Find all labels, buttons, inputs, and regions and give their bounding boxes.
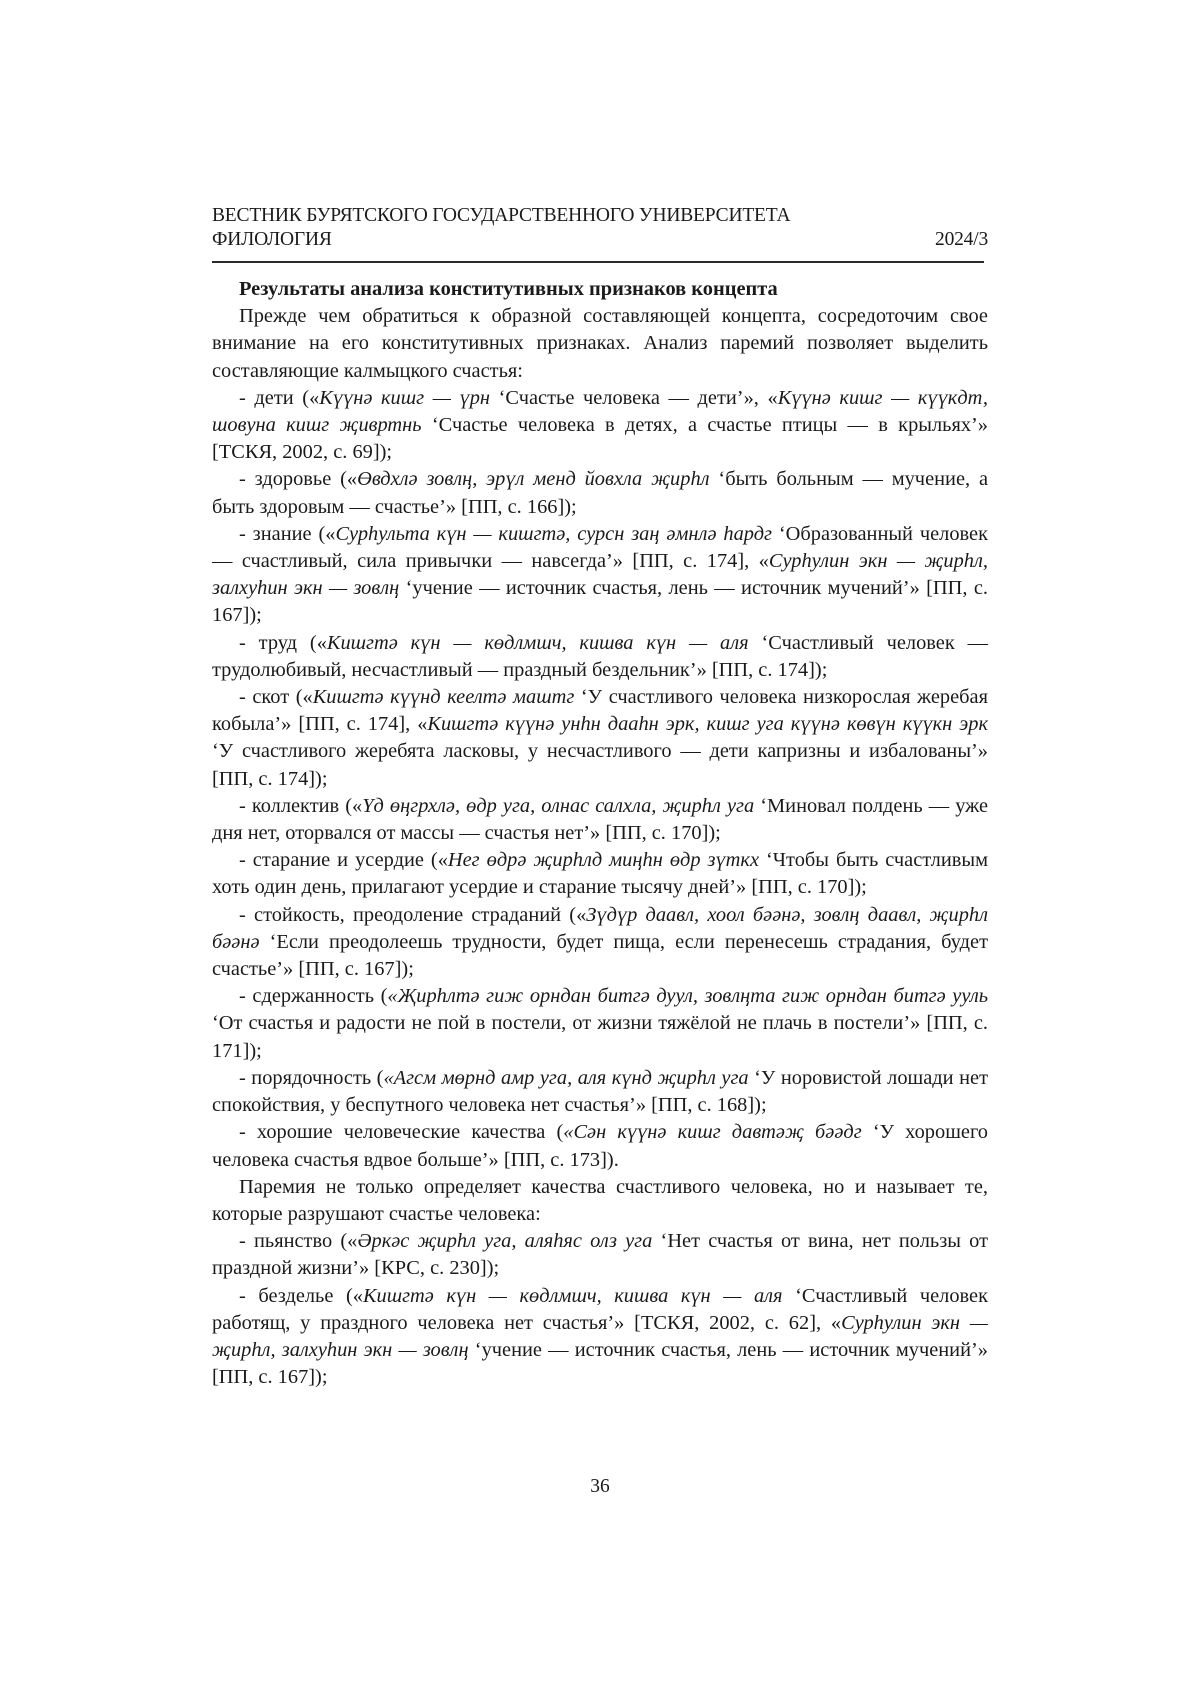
paragraph: - порядочность («Агсм мөрнд амр уга, аля… (212, 1065, 988, 1119)
kalmyk-proverb: Кишгтә күүнә унһн дааһн эрк, кишг уга кү… (427, 713, 988, 735)
kalmyk-proverb: Кишгтә күн — көдлмшч, кишва күн — аля (363, 1285, 783, 1307)
header-second-line: ФИЛОЛОГИЯ 2024/3 (212, 228, 988, 252)
kalmyk-proverb: Өвдхлә зовлң, эрүл менд йовхла җирһл (357, 468, 709, 490)
paragraph-text: - труд (« (239, 632, 327, 654)
paragraph-list: Прежде чем обратиться к образной составл… (212, 303, 988, 1391)
paragraph-text: ‘У счастливого жеребята ласковы, у несча… (212, 740, 988, 789)
header-rule (212, 261, 984, 263)
paragraph-text: - старание и усердие (« (239, 849, 448, 871)
paragraph: - безделье («Кишгтә күн — көдлмшч, кишва… (212, 1283, 988, 1392)
kalmyk-proverb: «Җирһлтә гиж орндан битгә дуул, зовлңта … (387, 985, 988, 1007)
paragraph: - пьянство («Әркәс җирһл уга, аляһяс олз… (212, 1228, 988, 1282)
paragraph: - здоровье («Өвдхлә зовлң, эрүл менд йов… (212, 466, 988, 520)
paragraph: - хорошие человеческие качества («Сән кү… (212, 1119, 988, 1173)
paragraph-text: Прежде чем обратиться к образной составл… (212, 305, 988, 381)
paragraph-text: - порядочность ( (239, 1067, 383, 1089)
paragraph-text: - хорошие человеческие качества ( (239, 1121, 563, 1143)
kalmyk-proverb: Күүнә кишг — үрн (319, 387, 490, 409)
paragraph-text: - здоровье (« (239, 468, 357, 490)
kalmyk-proverb: «Агсм мөрнд амр уга, аля күнд җирһл уга (383, 1067, 748, 1089)
kalmyk-proverb: Нег өдрә җирһлд миңһн өдр зүткх (448, 849, 759, 871)
paragraph: - старание и усердие («Нег өдрә җирһлд м… (212, 847, 988, 901)
kalmyk-proverb: Кишгтә күүнд кеелтә маштг (313, 686, 575, 708)
paragraph: Прежде чем обратиться к образной составл… (212, 303, 988, 385)
paragraph: - дети («Күүнә кишг — үрн ‘Счастье челов… (212, 385, 988, 467)
paragraph-text: ‘Счастье человека — дети’», « (490, 387, 778, 409)
paragraph-text: - знание (« (239, 523, 335, 545)
paragraph: - труд («Кишгтә күн — көдлмшч, кишва күн… (212, 630, 988, 684)
paragraph-text: ‘Если преодолеешь трудности, будет пища,… (212, 931, 988, 980)
page-number: 36 (0, 1476, 1200, 1498)
journal-title: ВЕСТНИК БУРЯТСКОГО ГОСУДАРСТВЕННОГО УНИВ… (212, 204, 988, 228)
kalmyk-proverb: Әркәс җирһл уга, аляһяс олз уга (357, 1230, 652, 1252)
paragraph-text: ‘От счастья и радости не пой в постели, … (212, 1012, 988, 1061)
paragraph: - коллектив («Үд өңгрхлә, өдр уга, олнас… (212, 793, 988, 847)
running-header: ВЕСТНИК БУРЯТСКОГО ГОСУДАРСТВЕННОГО УНИВ… (212, 204, 988, 252)
paragraph-text: - стойкость, преодоление страданий (« (239, 904, 586, 926)
paragraph-text: - коллектив (« (239, 795, 362, 817)
paragraph: - скот («Кишгтә күүнд кеелтә маштг ‘У сч… (212, 684, 988, 793)
paragraph: - сдержанность («Җирһлтә гиж орндан битг… (212, 983, 988, 1065)
paragraph-text: - скот (« (239, 686, 313, 708)
kalmyk-proverb: Сурһульта күн — кишгтә, сурсн заң әмнлә … (335, 523, 772, 545)
paragraph-text: - пьянство (« (239, 1230, 357, 1252)
document-page: ВЕСТНИК БУРЯТСКОГО ГОСУДАРСТВЕННОГО УНИВ… (0, 0, 1200, 1697)
paragraph: - знание («Сурһульта күн — кишгтә, сурсн… (212, 521, 988, 630)
article-body: Результаты анализа конститутивных призна… (212, 276, 988, 1391)
issue-number: 2024/3 (935, 228, 988, 252)
kalmyk-proverb: «Сән күүнә кишг давтәҗ бәәдг (563, 1121, 861, 1143)
paragraph-text: - безделье (« (239, 1285, 363, 1307)
paragraph-text: - сдержанность ( (239, 985, 387, 1007)
kalmyk-proverb: Үд өңгрхлә, өдр уга, олнас салхла, җирһл… (362, 795, 754, 817)
section-heading: Результаты анализа конститутивных призна… (212, 276, 988, 303)
paragraph: Паремия не только определяет качества сч… (212, 1174, 988, 1228)
kalmyk-proverb: Кишгтә күн — көдлмшч, кишва күн — аля (327, 632, 749, 654)
paragraph-text: Паремия не только определяет качества сч… (212, 1176, 988, 1225)
paragraph: - стойкость, преодоление страданий («Зүд… (212, 902, 988, 984)
paragraph-text: - дети (« (239, 387, 319, 409)
journal-section: ФИЛОЛОГИЯ (212, 228, 332, 252)
